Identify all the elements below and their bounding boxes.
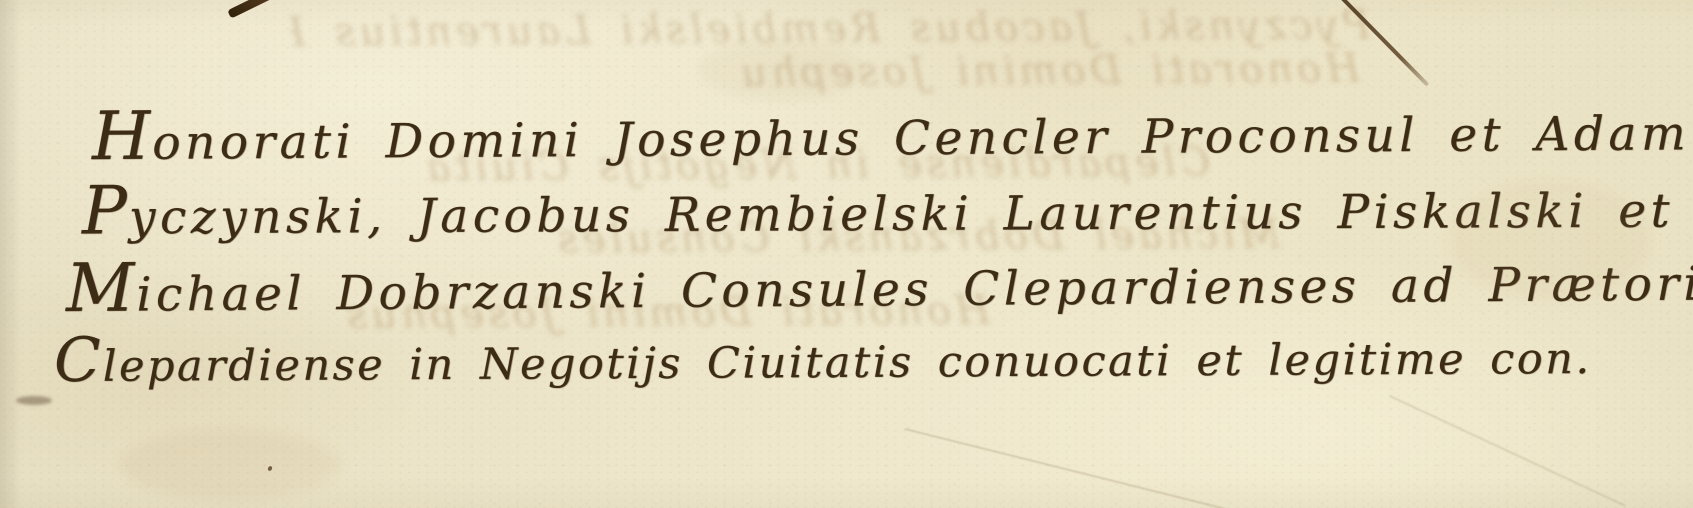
scratch-mark	[1389, 395, 1625, 507]
manuscript-line-4: Clepardiense in Negotijs Ciuitatis conuo…	[54, 317, 1592, 396]
manuscript-line-2: Pyczynski, Jacobus Rembielski Laurentius…	[82, 165, 1674, 250]
scratch-mark	[905, 428, 1226, 508]
pen-stroke-top-left	[227, 0, 288, 19]
bleed-through-text: Honorati Domini Josephus Cencler Procons…	[740, 46, 1360, 96]
foxing-blotch	[700, 40, 860, 100]
foxing-blotch	[120, 430, 340, 500]
manuscript-page: Pyczynski, Jacobus Rembielski Laurentius…	[0, 0, 1693, 508]
ink-dot	[267, 465, 273, 471]
ink-smudge-left-edge	[16, 396, 52, 405]
bleed-through-text: Pyczynski, Jacobus Rembielski Laurentius…	[290, 2, 1370, 56]
manuscript-line-3: Michael Dobrzanski Consules Clepardiense…	[66, 237, 1693, 327]
pen-stroke-top-right	[1338, 0, 1429, 87]
manuscript-line-1: Honorati Domini Josephus Cencler Procons…	[92, 87, 1693, 175]
